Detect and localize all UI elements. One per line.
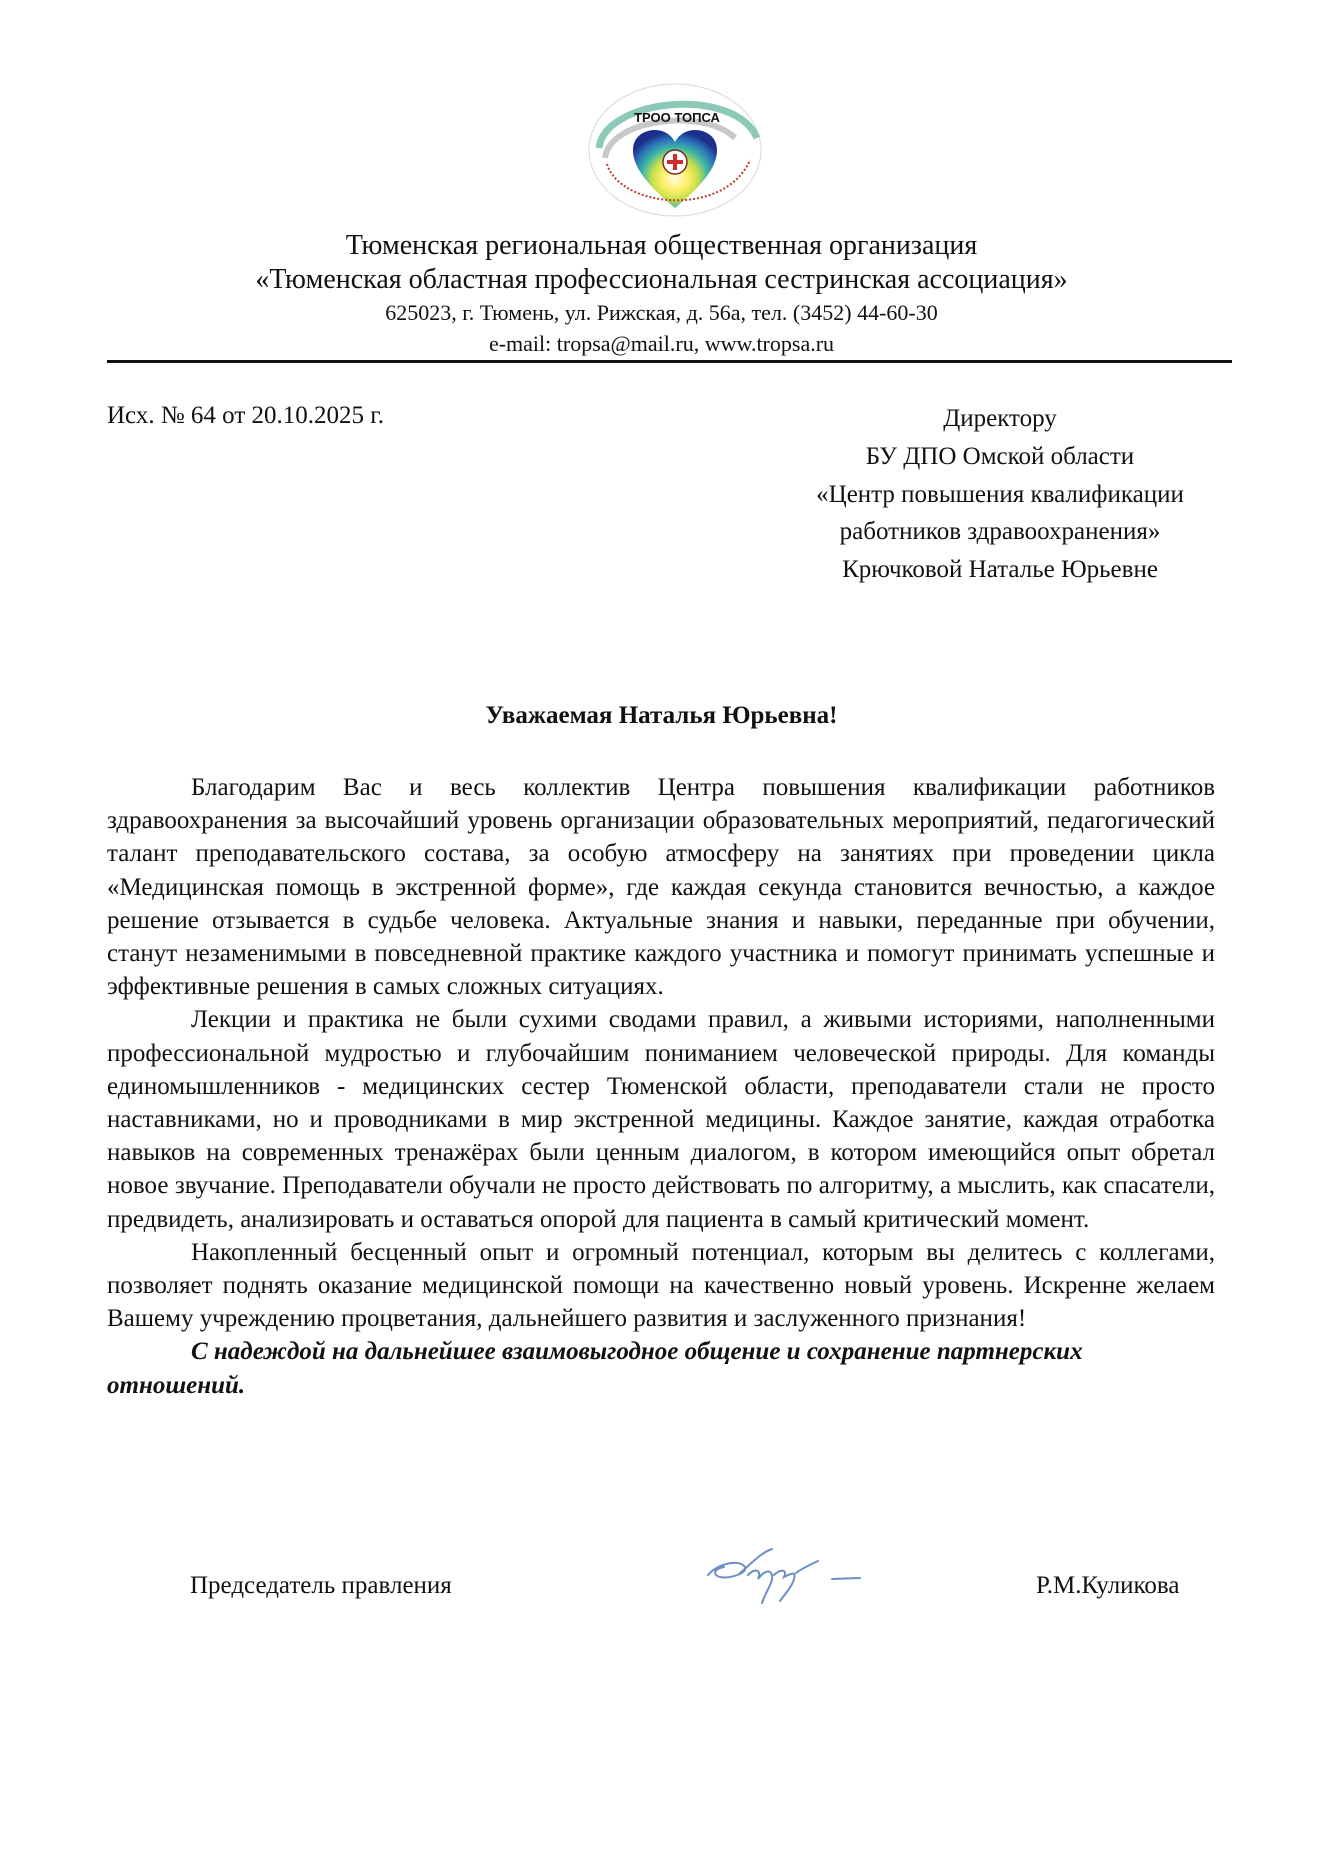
addressee-line: Директору	[770, 400, 1230, 438]
org-name-line1: Тюменская региональная общественная орга…	[0, 230, 1323, 262]
signature	[700, 1545, 875, 1610]
heart-cross-logo-icon: ТРОО ТОПСА	[585, 78, 765, 228]
signatory-title: Председатель правления	[190, 1572, 452, 1600]
letter-body: Благодарим Вас и весь коллектив Центра п…	[107, 771, 1215, 1402]
addressee-block: Директору БУ ДПО Омской области «Центр п…	[770, 400, 1230, 589]
letterhead-divider	[107, 360, 1232, 363]
addressee-line: «Центр повышения квалификации	[770, 476, 1230, 514]
salutation: Уважаемая Наталья Юрьевна!	[0, 702, 1323, 730]
closing-remark: С надеждой на дальнейшее взаимовыгодное …	[107, 1335, 1215, 1401]
addressee-line: Крючковой Наталье Юрьевне	[770, 551, 1230, 589]
org-contacts: e-mail: tropsa@mail.ru, www.tropsa.ru	[0, 331, 1323, 357]
signatory-name: Р.М.Куликова	[1036, 1572, 1180, 1600]
addressee-line: работников здравоохранения»	[770, 513, 1230, 551]
org-name-line2: «Тюменская областная профессиональная се…	[0, 264, 1323, 296]
outgoing-reference: Исх. № 64 от 20.10.2025 г.	[107, 402, 384, 430]
organization-logo: ТРОО ТОПСА	[585, 78, 765, 228]
body-paragraph: Лекции и практика не были сухими сводами…	[107, 1003, 1215, 1235]
addressee-line: БУ ДПО Омской области	[770, 438, 1230, 476]
org-address: 625023, г. Тюмень, ул. Рижская, д. 56а, …	[0, 300, 1323, 326]
body-paragraph: Накопленный бесценный опыт и огромный по…	[107, 1236, 1215, 1336]
svg-text:ТРОО ТОПСА: ТРОО ТОПСА	[634, 110, 720, 125]
body-paragraph: Благодарим Вас и весь коллектив Центра п…	[107, 771, 1215, 1003]
handwritten-signature-icon	[700, 1545, 875, 1610]
